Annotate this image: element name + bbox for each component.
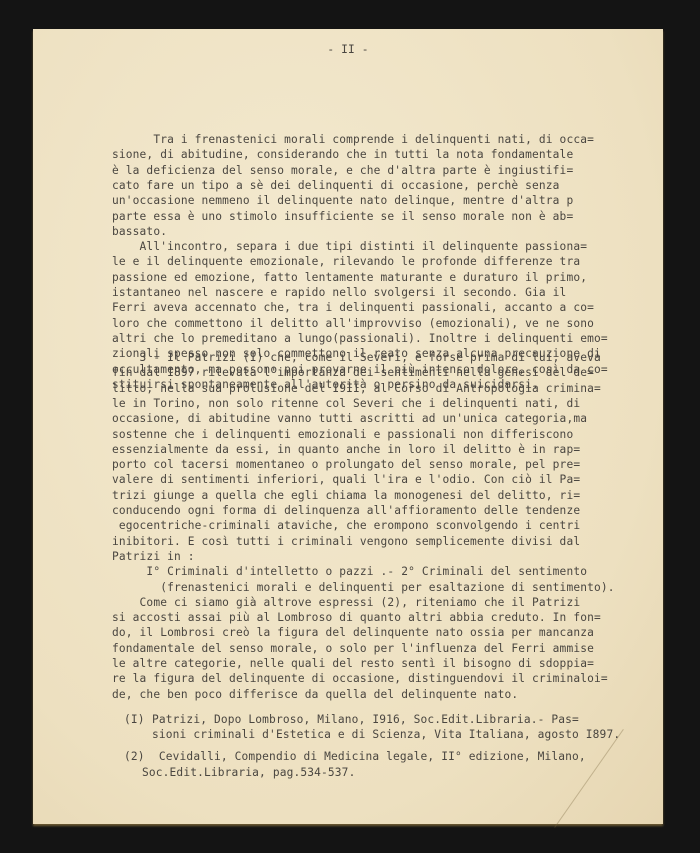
text-line: Patrizi in : [112,549,195,564]
text-line: passione ed emozione, fatto lentamente m… [112,270,587,285]
page-number: - II - [33,43,663,56]
text-line: I° Criminali d'intelletto o pazzi .- 2° … [112,564,587,579]
text-line: porto col tacersi momentaneo o prolungat… [112,457,580,472]
typewritten-page: - II - Tra i frenastenici morali compren… [33,29,663,824]
text-line: parte essa è uno stimolo insufficiente s… [112,209,573,224]
text-line: bassato. [112,224,167,239]
text-line: cato fare un tipo a sè dei delinquenti d… [112,178,560,193]
text-line: si accosti assai più al Lombroso di quan… [112,610,601,625]
text-line: de, che ben poco differisce da quella de… [112,687,518,702]
text-line: re la figura del delinquente di occasion… [112,671,608,686]
text-line: Come ci siamo già altrove espressi (2), … [112,595,580,610]
text-line: trizi giunge a quella che egli chiama la… [112,488,580,503]
text-line: istantaneo nel nascere e rapido nello sv… [112,285,566,300]
text-line: un'occasione nemmeno il delinquente nato… [112,193,573,208]
text-line: fin dal I897 rilevata l'importanza dei s… [112,365,594,380]
text-line: 3 - Il Patrizi (I) che, come il Severi, … [112,350,601,365]
text-line: sostenne che i delinquenti emozionali e … [112,427,573,442]
text-line: conducendo ogni forma di delinquenza all… [112,503,580,518]
text-line: litto, nella sua prolusione del I9II, al… [112,381,601,396]
text-line: All'incontro, separa i due tipi distinti… [112,239,587,254]
text-line: valere di sentimenti inferiori, quali l'… [112,472,580,487]
text-line: occasione, di abitudine vanno tutti ascr… [112,411,587,426]
paper-crease [554,729,624,828]
text-line: egocentriche-criminali ataviche, che ero… [112,518,580,533]
text-line: sione, di abitudine, considerando che in… [112,147,573,162]
text-line: (frenastenici morali e delinquenti per e… [112,580,615,595]
footnote-marker: (2) [124,749,145,764]
text-line: Tra i frenastenici morali comprende i de… [112,132,594,147]
footnote-line: Soc.Edit.Libraria, pag.534-537. [142,765,355,780]
text-line: altri che lo premeditano a lungo(passion… [112,331,608,346]
text-line: loro che commettono il delitto all'impro… [112,316,594,331]
text-line: le e il delinquente emozionale, rilevand… [112,254,580,269]
footnote-line: sioni criminali d'Estetica e di Scienza,… [152,727,620,742]
text-line: fondamentale del senso morale, o solo pe… [112,641,594,656]
text-line: Ferri aveva accennato che, tra i delinqu… [112,300,594,315]
text-line: inibitori. E così tutti i criminali veng… [112,534,580,549]
footnote-marker: (I) [124,712,145,727]
text-line: le altre categorie, nelle quali del rest… [112,656,594,671]
text-line: le in Torino, non solo ritenne col Sever… [112,396,580,411]
footnote-line: Cevidalli, Compendio di Medicina legale,… [152,749,586,764]
text-line: è la deficienza del senso morale, e che … [112,163,573,178]
text-line: do, il Lombrosi creò la figura del delin… [112,625,594,640]
text-line: essenzialmente da essi, in quanto anche … [112,442,580,457]
footnote-line: Patrizi, Dopo Lombroso, Milano, I916, So… [152,712,579,727]
